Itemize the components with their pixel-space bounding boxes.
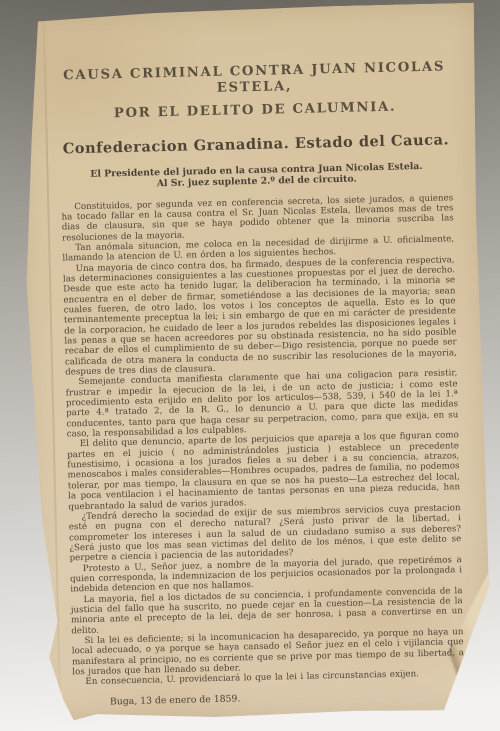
body-paragraph: Semejante conducta manifiesta claramente… — [65, 369, 458, 440]
document-subtitle: Confederacion Granadina. Estado del Cauc… — [60, 131, 452, 157]
body-paragraph: El delito que denuncio, aparte de los pe… — [67, 431, 461, 513]
dateline: Buga, 13 de enero de 1859. — [73, 688, 465, 708]
document-title-line-1: CAUSA CRIMINAL CONTRA JUAN NICOLAS ESTEL… — [58, 59, 451, 100]
document-sheet: CAUSA CRIMINAL CONTRA JUAN NICOLAS ESTEL… — [16, 3, 493, 722]
document-content: CAUSA CRIMINAL CONTRA JUAN NICOLAS ESTEL… — [16, 3, 493, 722]
document-title-line-2: POR EL DELITO DE CALUMNIA. — [59, 98, 451, 123]
signature: ELISEO PAYAN. — [73, 712, 465, 731]
body-paragraph: Una mayoria de cinco contra dos, ha firm… — [63, 255, 458, 378]
document-body: Constituidos, por segunda vez en confere… — [61, 193, 464, 688]
body-paragraph: ¿Tendrá derecho la sociedad de exijir de… — [68, 503, 461, 564]
